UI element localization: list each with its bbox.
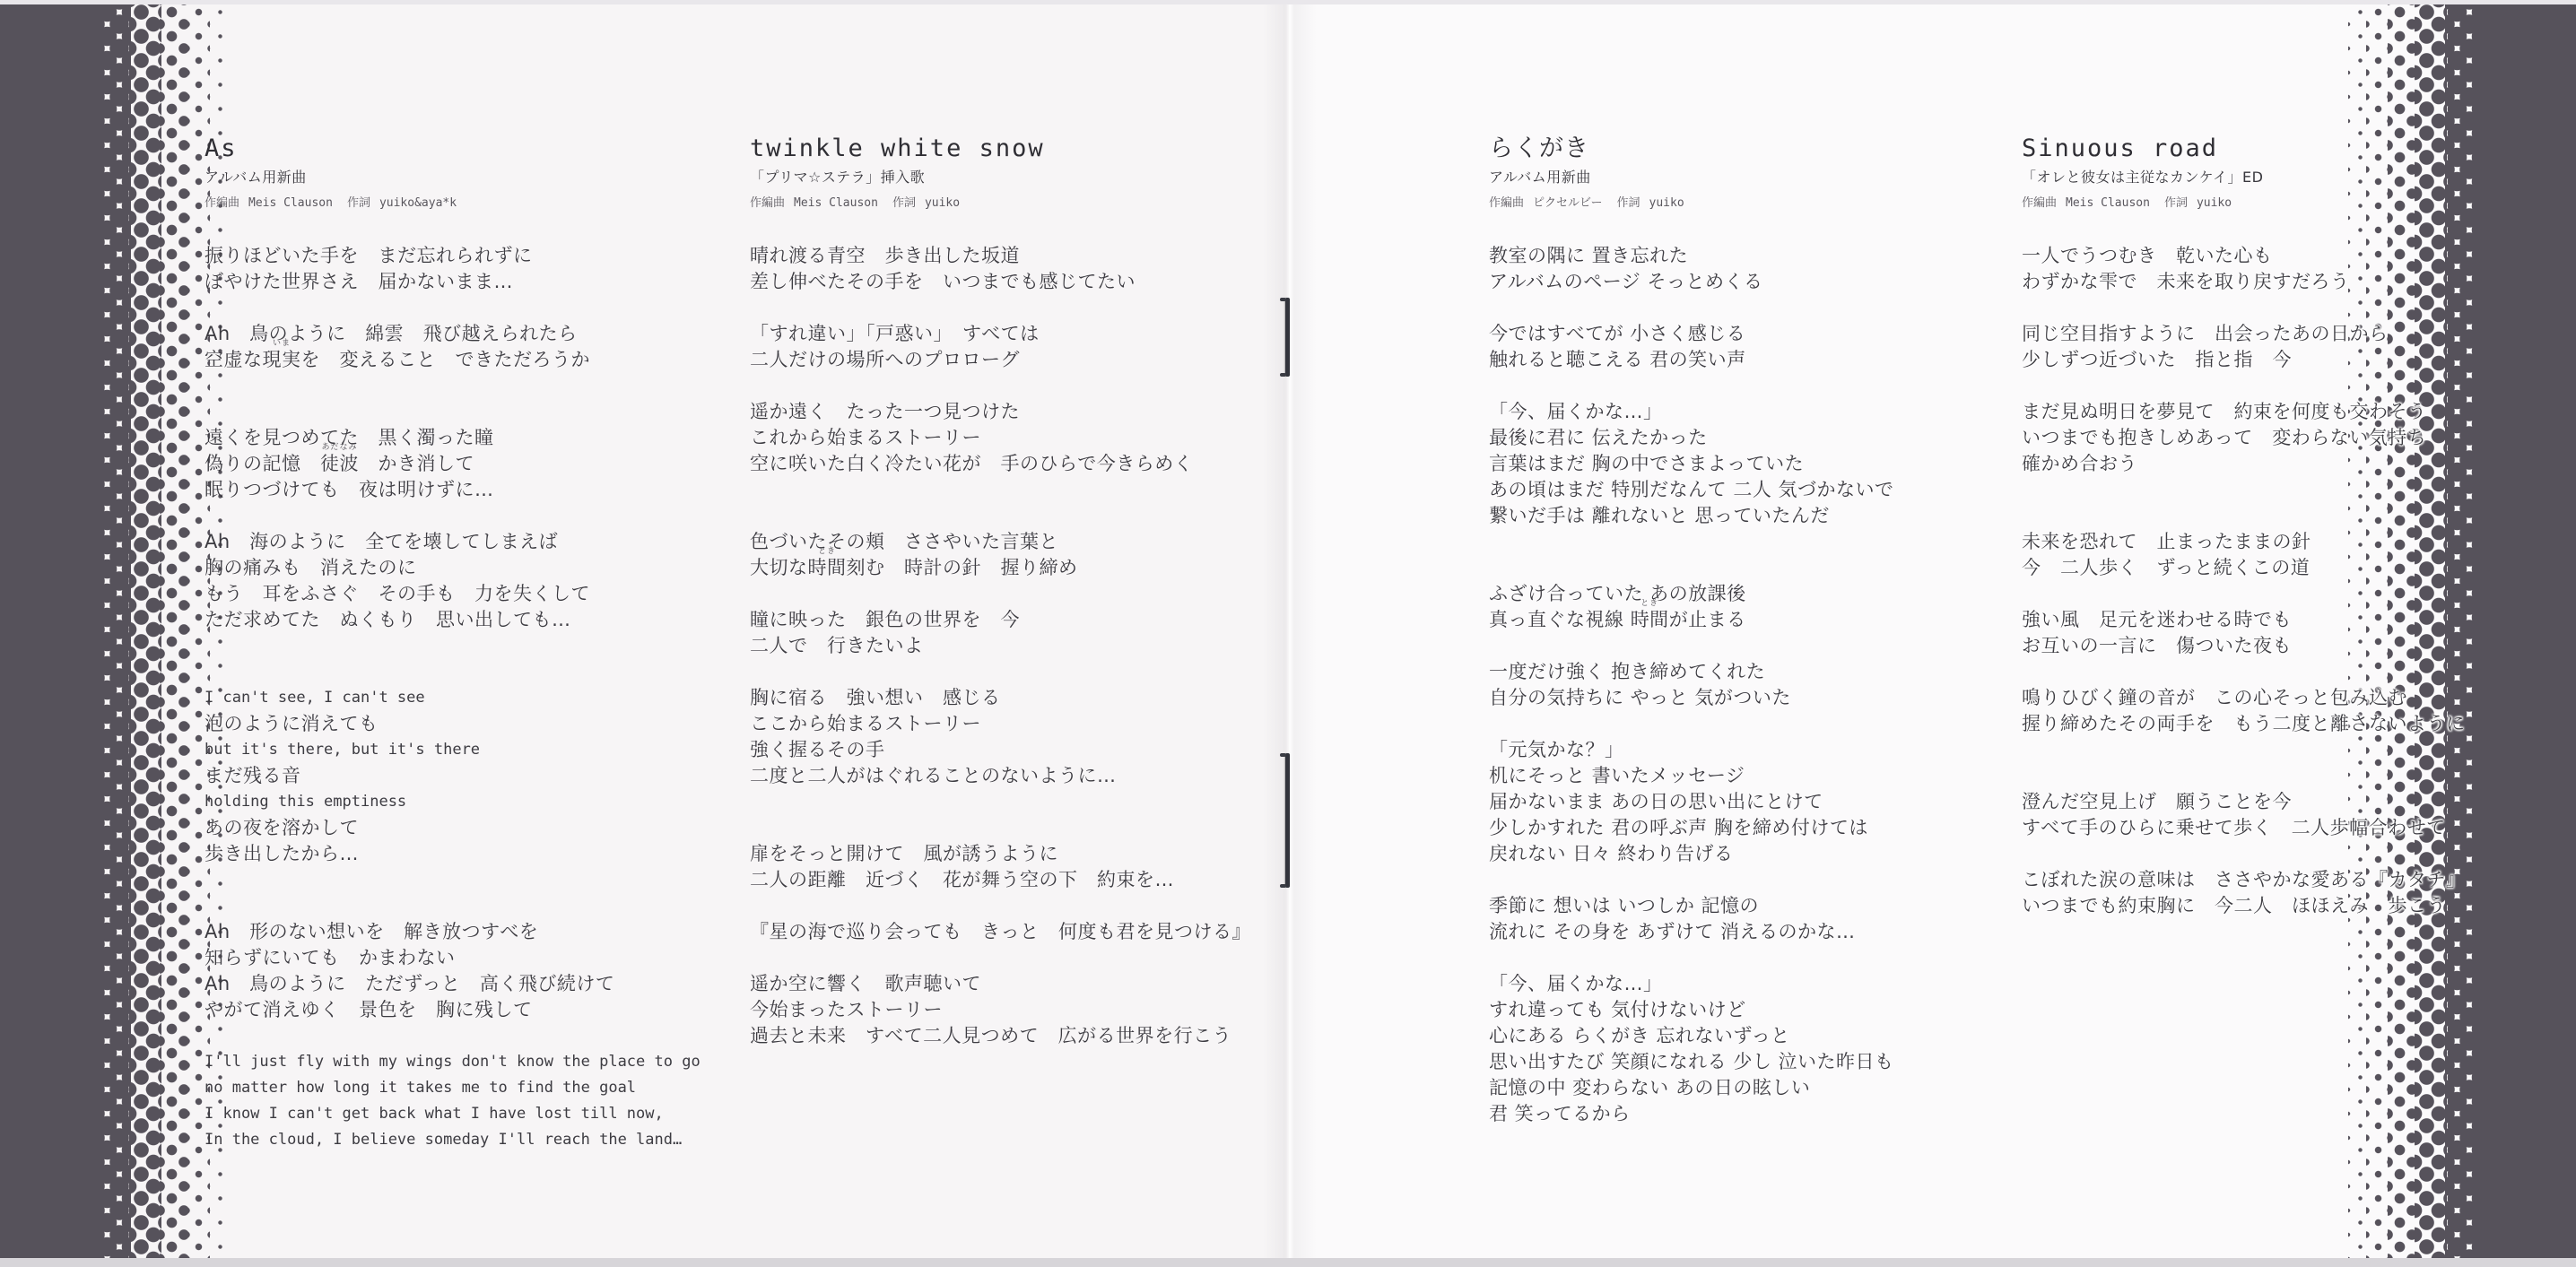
lyrics-stanza: まだ見ぬ明日を夢見て 約束を何度も交わそういつまでも抱きしめあって 変わらない気… bbox=[2022, 399, 2576, 477]
lyrics-line: いつまでも約束胸に 今二人 ほほえみ 歩こう bbox=[2022, 893, 2576, 919]
lyrics-stanza: 『星の海で巡り会っても きっと 何度も君を見つける』 bbox=[750, 919, 1288, 945]
composer-label: 作編曲 bbox=[750, 196, 785, 210]
lyrics-stanza: こぼれた涙の意味は ささやかな愛ある『カタチ』いつまでも約束胸に 今二人 ほほえ… bbox=[2022, 867, 2576, 919]
lyrics-stanza: 晴れ渡る青空 歩き出した坂道差し伸べたその手を いつまでも感じてたい bbox=[750, 243, 1288, 295]
lyrics-line: 握り締めたその両手を もう二度と離さないように bbox=[2022, 711, 2576, 737]
ruby-base: 時間とき bbox=[808, 557, 847, 578]
composer-label: 作編曲 bbox=[2022, 196, 2057, 210]
lyrics-line: 歩き出したから… bbox=[205, 841, 743, 867]
halftone-left bbox=[0, 0, 233, 1267]
lyrics-stanza: 強い風 足元を迷わせる時でもお互いの一言に 傷ついた夜も bbox=[2022, 607, 2576, 659]
song-lyrics: 教室の隅に 置き忘れたアルバムのページ そっとめくる今ではすべてが 小さく感じる… bbox=[1489, 243, 2027, 1127]
song-credits: 作編曲Meis Clauson作詞yuiko&aya*k bbox=[205, 196, 743, 211]
lyrics-line: 空虚な現実いまを 変えること できただろうか bbox=[205, 347, 743, 373]
lyrics-line: 二度と二人がはぐれることのないように… bbox=[750, 763, 1288, 789]
lyrics-line: 晴れ渡る青空 歩き出した坂道 bbox=[750, 243, 1288, 269]
lyrics-line: but it's there, but it's there bbox=[205, 737, 743, 763]
lyricist-label: 作詞 bbox=[347, 196, 370, 210]
lyrics-line: あの夜を溶かして bbox=[205, 815, 743, 841]
song-title: らくがき bbox=[1489, 135, 2027, 163]
lyrics-line: 教室の隅に 置き忘れた bbox=[1489, 243, 2027, 269]
lyrics-stanza: 遥か空に響く 歌声聴いて今始まったストーリー過去と未来 すべて二人見つめて 広が… bbox=[750, 971, 1288, 1049]
lyrics-line: I can't see, I can't see bbox=[205, 685, 743, 711]
lyrics-line: ふざけ合っていた あの放課後 bbox=[1489, 581, 2027, 607]
lyrics-line: I know I can't get back what I have lost… bbox=[205, 1101, 743, 1127]
lyrics-line: 今ではすべてが 小さく感じる bbox=[1489, 321, 2027, 347]
lyrics-line: すれ違っても 気付けないけど bbox=[1489, 997, 2027, 1023]
lyrics-stanza: 胸に宿る 強い想い 感じるここから始まるストーリー強く握るその手二度と二人がはぐ… bbox=[750, 685, 1288, 789]
lyricist-label: 作詞 bbox=[2164, 196, 2188, 210]
lyrics-line: あの頃はまだ 特別だなんて 二人 気づかないで bbox=[1489, 477, 2027, 503]
lyrics-line: 流れに その身を あずけて 消えるのかな… bbox=[1489, 919, 2027, 945]
lyrics-line: 遠くを見つめてた 黒く濁った瞳 bbox=[205, 425, 743, 451]
lyrics-stanza: 未来を恐れて 止まったままの針今 二人歩く ずっと続くこの道 bbox=[2022, 529, 2576, 581]
song-subtitle: 「プリマ☆ステラ」挿入歌 bbox=[750, 168, 1288, 187]
lyrics-line: 自分の気持ちに やっと 気がついた bbox=[1489, 685, 2027, 711]
lyrics-line: holding this emptiness bbox=[205, 789, 743, 815]
lyrics-line: 記憶の中 変わらない あの日の眩しい bbox=[1489, 1075, 2027, 1101]
lyrics-line: 澄んだ空見上げ 願うことを今 bbox=[2022, 789, 2576, 815]
lyrics-line: 偽りの記憶 徒波あだなみ かき消して bbox=[205, 451, 743, 477]
lyricist-name: yuiko bbox=[1649, 196, 1684, 210]
lyrics-stanza: 扉をそっと開けて 風が誘うように二人の距離 近づく 花が舞う空の下 約束を… bbox=[750, 841, 1288, 893]
lyrics-line: 一度だけ強く 抱き締めてくれた bbox=[1489, 659, 2027, 685]
lyrics-line: 心にある らくがき 忘れないずっと bbox=[1489, 1023, 2027, 1049]
booklet-spread: As アルバム用新曲 作編曲Meis Clauson作詞yuiko&aya*k … bbox=[0, 0, 2576, 1267]
lyrics-stanza: 今ではすべてが 小さく感じる触れると聴こえる 君の笑い声 bbox=[1489, 321, 2027, 373]
song-column-twinkle-white-snow: twinkle white snow 「プリマ☆ステラ」挿入歌 作編曲Meis … bbox=[750, 135, 1288, 1075]
lyrics-line: これから始まるストーリー bbox=[750, 425, 1288, 451]
lyrics-line: ぼやけた世界さえ 届かないまま… bbox=[205, 269, 743, 295]
ruby-reading: いま bbox=[273, 340, 291, 348]
lyrics-stanza: I'll just fly with my wings don't know t… bbox=[205, 1049, 743, 1153]
lyricist-name: yuiko bbox=[925, 196, 960, 210]
lyrics-line: ただ求めてた ぬくもり 思い出しても… bbox=[205, 607, 743, 633]
lyrics-line: I'll just fly with my wings don't know t… bbox=[205, 1049, 743, 1075]
lyricist-label: 作詞 bbox=[892, 196, 916, 210]
lyrics-stanza: 瞳に映った 銀色の世界を 今二人で 行きたいよ bbox=[750, 607, 1288, 659]
lyrics-stanza: 一度だけ強く 抱き締めてくれた自分の気持ちに やっと 気がついた bbox=[1489, 659, 2027, 711]
lyrics-stanza: ふざけ合っていた あの放課後真っ直ぐな視線 時間ときが止まる bbox=[1489, 581, 2027, 633]
lyrics-stanza: 季節に 想いは いつしか 記憶の流れに その身を あずけて 消えるのかな… bbox=[1489, 893, 2027, 945]
lyrics-stanza: Ah 鳥のように 綿雲 飛び越えられたら空虚な現実いまを 変えること できただろ… bbox=[205, 321, 743, 373]
lyrics-line: 眠りつづけても 夜は明けずに… bbox=[205, 477, 743, 503]
lyrics-stanza: 鳴りひびく鐘の音が この心そっと包み込む握り締めたその両手を もう二度と離さない… bbox=[2022, 685, 2576, 737]
scan-edge-bottom bbox=[0, 1258, 2576, 1267]
lyrics-line: 遥か空に響く 歌声聴いて bbox=[750, 971, 1288, 997]
lyrics-line: わずかな雫で 未来を取り戻すだろう bbox=[2022, 269, 2576, 295]
lyrics-line: Ah 形のない想いを 解き放つすべを bbox=[205, 919, 743, 945]
lyrics-line: まだ残る音 bbox=[205, 763, 743, 789]
composer-name: Meis Clauson bbox=[248, 196, 333, 210]
lyrics-stanza: 「今、届くかな…」最後に君に 伝えたかった言葉はまだ 胸の中でさまよっていたあの… bbox=[1489, 399, 2027, 529]
lyrics-line: 戻れない 日々 終わり告げる bbox=[1489, 841, 2027, 867]
lyrics-line: 扉をそっと開けて 風が誘うように bbox=[750, 841, 1288, 867]
lyrics-line: 空に咲いた白く冷たい花が 手のひらで今きらめく bbox=[750, 451, 1288, 477]
lyrics-line: 言葉はまだ 胸の中でさまよっていた bbox=[1489, 451, 2027, 477]
lyrics-line: 今 二人歩く ずっと続くこの道 bbox=[2022, 555, 2576, 581]
lyrics-line: 過去と未来 すべて二人見つめて 広がる世界を行こう bbox=[750, 1023, 1288, 1049]
lyrics-line: 差し伸べたその手を いつまでも感じてたい bbox=[750, 269, 1288, 295]
lyrics-line: アルバムのページ そっとめくる bbox=[1489, 269, 2027, 295]
lyrics-line: 『星の海で巡り会っても きっと 何度も君を見つける』 bbox=[750, 919, 1288, 945]
lyrics-line: 瞳に映った 銀色の世界を 今 bbox=[750, 607, 1288, 633]
lyrics-line: ここから始まるストーリー bbox=[750, 711, 1288, 737]
lyrics-stanza: 「今、届くかな…」すれ違っても 気付けないけど心にある らくがき 忘れないずっと… bbox=[1489, 971, 2027, 1127]
lyrics-line: 大切な時間とき刻む 時計の針 握り締め bbox=[750, 555, 1288, 581]
lyrics-line: 胸の痛みも 消えたのに bbox=[205, 555, 743, 581]
composer-name: ピクセルビー bbox=[1533, 196, 1602, 210]
lyrics-line: 繋いだ手は 離れないと 思っていたんだ bbox=[1489, 503, 2027, 529]
song-credits: 作編曲Meis Clauson作詞yuiko bbox=[2022, 196, 2576, 211]
song-title: twinkle white snow bbox=[750, 135, 1288, 163]
lyrics-line: 「元気かな？」 bbox=[1489, 737, 2027, 763]
lyrics-line: 振りほどいた手を まだ忘れられずに bbox=[205, 243, 743, 269]
lyrics-line: 同じ空目指すように 出会ったあの日から bbox=[2022, 321, 2576, 347]
lyrics-line: 少しずつ近づいた 指と指 今 bbox=[2022, 347, 2576, 373]
song-lyrics: 振りほどいた手を まだ忘れられずにぼやけた世界さえ 届かないまま…Ah 鳥のよう… bbox=[205, 243, 743, 1153]
lyrics-line: まだ見ぬ明日を夢見て 約束を何度も交わそう bbox=[2022, 399, 2576, 425]
lyrics-stanza: Ah 形のない想いを 解き放つすべを知らずにいても かまわないAh 鳥のように … bbox=[205, 919, 743, 1023]
lyrics-line: 鳴りひびく鐘の音が この心そっと包み込む bbox=[2022, 685, 2576, 711]
lyrics-line: 二人で 行きたいよ bbox=[750, 633, 1288, 659]
song-column-sinuous-road: Sinuous road 「オレと彼女は主従なカンケイ」ED 作編曲Meis C… bbox=[2022, 135, 2576, 945]
lyrics-line: 二人だけの場所へのプロローグ bbox=[750, 347, 1288, 373]
song-subtitle: 「オレと彼女は主従なカンケイ」ED bbox=[2022, 168, 2576, 187]
halftone-left-band bbox=[0, 0, 100, 1267]
ruby-reading: あだなみ bbox=[321, 444, 357, 452]
lyrics-line: In the cloud, I believe someday I'll rea… bbox=[205, 1127, 743, 1153]
composer-name: Meis Clauson bbox=[794, 196, 878, 210]
lyrics-line: 一人でうつむき 乾いた心も bbox=[2022, 243, 2576, 269]
lyrics-line: 遥か遠く たった一つ見つけた bbox=[750, 399, 1288, 425]
song-lyrics: 晴れ渡る青空 歩き出した坂道差し伸べたその手を いつまでも感じてたい「すれ違い」… bbox=[750, 243, 1288, 1049]
lyrics-stanza: 澄んだ空見上げ 願うことを今すべて手のひらに乗せて歩く 二人歩幅合わせて bbox=[2022, 789, 2576, 841]
lyrics-line: 確かめ合おう bbox=[2022, 451, 2576, 477]
song-subtitle: アルバム用新曲 bbox=[1489, 168, 2027, 187]
lyrics-stanza: 「すれ違い」「戸惑い」 すべては二人だけの場所へのプロローグ bbox=[750, 321, 1288, 373]
lyrics-line: お互いの一言に 傷ついた夜も bbox=[2022, 633, 2576, 659]
song-subtitle: アルバム用新曲 bbox=[205, 168, 743, 187]
lyricist-name: yuiko bbox=[2197, 196, 2232, 210]
lyrics-stanza: Ah 海のように 全てを壊してしまえば胸の痛みも 消えたのにもう 耳をふさぐ そ… bbox=[205, 529, 743, 633]
lyrics-line: すべて手のひらに乗せて歩く 二人歩幅合わせて bbox=[2022, 815, 2576, 841]
lyrics-line: 思い出すたび 笑顔になれる 少し 泣いた昨日も bbox=[1489, 1049, 2027, 1075]
song-credits: 作編曲Meis Clauson作詞yuiko bbox=[750, 196, 1288, 211]
song-lyrics: 一人でうつむき 乾いた心もわずかな雫で 未来を取り戻すだろう同じ空目指すように … bbox=[2022, 243, 2576, 919]
song-title: As bbox=[205, 135, 743, 163]
lyricist-name: yuiko&aya*k bbox=[379, 196, 457, 210]
lyrics-line: いつまでも抱きしめあって 変わらない気持ち bbox=[2022, 425, 2576, 451]
composer-name: Meis Clauson bbox=[2066, 196, 2150, 210]
lyrics-line: 胸に宿る 強い想い 感じる bbox=[750, 685, 1288, 711]
lyrics-stanza: 「元気かな？」机にそっと 書いたメッセージ届かないまま あの日の思い出にとけて少… bbox=[1489, 737, 2027, 867]
lyrics-line: 届かないまま あの日の思い出にとけて bbox=[1489, 789, 2027, 815]
composer-label: 作編曲 bbox=[1489, 196, 1524, 210]
lyrics-stanza: 遥か遠く たった一つ見つけたこれから始まるストーリー空に咲いた白く冷たい花が 手… bbox=[750, 399, 1288, 477]
composer-label: 作編曲 bbox=[205, 196, 239, 210]
lyrics-stanza: 同じ空目指すように 出会ったあの日から少しずつ近づいた 指と指 今 bbox=[2022, 321, 2576, 373]
ruby-reading: とき bbox=[1640, 600, 1658, 608]
lyrics-line: 二人の距離 近づく 花が舞う空の下 約束を… bbox=[750, 867, 1288, 893]
lyrics-line: 未来を恐れて 止まったままの針 bbox=[2022, 529, 2576, 555]
lyrics-stanza: 一人でうつむき 乾いた心もわずかな雫で 未来を取り戻すだろう bbox=[2022, 243, 2576, 295]
ruby-base: 徒波あだなみ bbox=[320, 453, 359, 474]
lyrics-stanza: 教室の隅に 置き忘れたアルバムのページ そっとめくる bbox=[1489, 243, 2027, 295]
song-column-rakugaki: らくがき アルバム用新曲 作編曲ピクセルビー作詞yuiko 教室の隅に 置き忘れ… bbox=[1489, 135, 2027, 1153]
lyrics-line: 君 笑ってるから bbox=[1489, 1101, 2027, 1127]
lyrics-line: 知らずにいても かまわない bbox=[205, 945, 743, 971]
lyrics-line: 「今、届くかな…」 bbox=[1489, 399, 2027, 425]
ruby-base: 現実いま bbox=[263, 349, 301, 370]
lyrics-line: 季節に 想いは いつしか 記憶の bbox=[1489, 893, 2027, 919]
ruby-base: 時間とき bbox=[1631, 609, 1669, 630]
lyrics-line: 今始まったストーリー bbox=[750, 997, 1288, 1023]
lyrics-line: 真っ直ぐな視線 時間ときが止まる bbox=[1489, 607, 2027, 633]
scan-edge-top bbox=[0, 0, 2576, 4]
lyrics-line: Ah 鳥のように ただずっと 高く飛び続けて bbox=[205, 971, 743, 997]
lyrics-stanza: 振りほどいた手を まだ忘れられずにぼやけた世界さえ 届かないまま… bbox=[205, 243, 743, 295]
lyrics-line: 「すれ違い」「戸惑い」 すべては bbox=[750, 321, 1288, 347]
lyrics-line: 少しかすれた 君の呼ぶ声 胸を締め付けては bbox=[1489, 815, 2027, 841]
lyrics-line: 強く握るその手 bbox=[750, 737, 1288, 763]
lyrics-line: no matter how long it takes me to find t… bbox=[205, 1075, 743, 1101]
lyrics-line: 泡のように消えても bbox=[205, 711, 743, 737]
lyrics-stanza: I can't see, I can't see泡のように消えてもbut it'… bbox=[205, 685, 743, 867]
lyrics-line: 強い風 足元を迷わせる時でも bbox=[2022, 607, 2576, 633]
song-column-as: As アルバム用新曲 作編曲Meis Clauson作詞yuiko&aya*k … bbox=[205, 135, 743, 1179]
lyricist-label: 作詞 bbox=[1617, 196, 1640, 210]
song-title: Sinuous road bbox=[2022, 135, 2576, 163]
lyrics-stanza: 色づいたその頬 ささやいた言葉と大切な時間とき刻む 時計の針 握り締め bbox=[750, 529, 1288, 581]
lyrics-line: やがて消えゆく 景色を 胸に残して bbox=[205, 997, 743, 1023]
lyrics-line: 「今、届くかな…」 bbox=[1489, 971, 2027, 997]
lyrics-line: こぼれた涙の意味は ささやかな愛ある『カタチ』 bbox=[2022, 867, 2576, 893]
lyrics-line: 最後に君に 伝えたかった bbox=[1489, 425, 2027, 451]
ruby-reading: とき bbox=[818, 548, 836, 556]
lyrics-line: もう 耳をふさぐ その手も 力を失くして bbox=[205, 581, 743, 607]
lyrics-stanza: 遠くを見つめてた 黒く濁った瞳偽りの記憶 徒波あだなみ かき消して眠りつづけても… bbox=[205, 425, 743, 503]
lyrics-line: 机にそっと 書いたメッセージ bbox=[1489, 763, 2027, 789]
lyrics-line: Ah 海のように 全てを壊してしまえば bbox=[205, 529, 743, 555]
song-credits: 作編曲ピクセルビー作詞yuiko bbox=[1489, 196, 2027, 211]
lyrics-line: 触れると聴こえる 君の笑い声 bbox=[1489, 347, 2027, 373]
